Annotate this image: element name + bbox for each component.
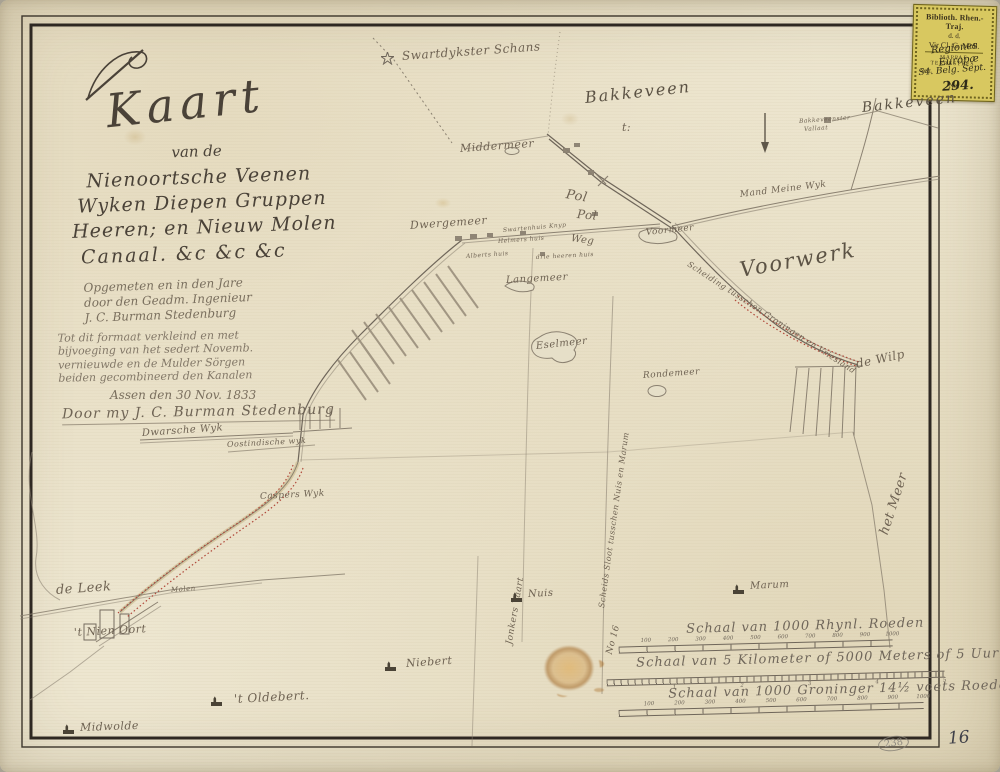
- date-line: Assen den 30 Nov. 1833: [110, 388, 256, 402]
- map-label: Pol: [565, 188, 589, 205]
- scale-tick-label: 200: [668, 637, 679, 643]
- map-subtitle: van de: [171, 137, 360, 162]
- fort-star-icon: [381, 52, 394, 65]
- scale-tick-label: 1000: [916, 694, 930, 700]
- scale-tick-label: 400: [723, 636, 734, 642]
- church-icon: [62, 724, 75, 735]
- scale-tick-label: 800: [857, 695, 868, 701]
- page-number: 16: [947, 727, 970, 748]
- ponds: [505, 148, 677, 397]
- library-stamp: Biblioth. Rhen.-Traj. d. d. Vir Cl. G. M…: [911, 4, 997, 102]
- map-label: Pol: [576, 208, 597, 222]
- map-label: Niebert: [406, 655, 453, 669]
- scale-tick-label: 800: [832, 633, 843, 639]
- church-icon: [732, 584, 745, 595]
- church-icon: [384, 661, 397, 672]
- scale-tick-label: 400: [735, 699, 746, 705]
- map-label: Midwolde: [80, 720, 139, 733]
- map-label: 't Oldebert.: [234, 689, 310, 705]
- title-block: Kaart van de Nienoortsche Veenen Wyken D…: [57, 67, 364, 269]
- map-label: t:: [622, 122, 631, 133]
- map-label: de Leek: [56, 580, 112, 597]
- north-arrow-icon: [758, 112, 772, 154]
- note-block: Tot dit formaat verkleind en met bijvoeg…: [58, 328, 254, 385]
- map-label: Marum: [750, 580, 790, 592]
- scale-tick-label: 700: [805, 633, 816, 639]
- scale-tick-label: 100: [641, 638, 652, 644]
- scale-tick-label: 700: [827, 696, 838, 702]
- map-label: 't Nien Oort: [74, 623, 147, 638]
- church-icon: [210, 696, 223, 707]
- scale-tick-label: 500: [750, 635, 761, 641]
- scale-tick-label: 200: [674, 700, 685, 706]
- attribution-block: Opgemeten en in den Jare door den Geadm.…: [83, 275, 252, 326]
- stamp-line: Biblioth. Rhen.-Traj.: [920, 12, 990, 32]
- church-icon: [510, 592, 523, 603]
- scale-tick-label: 1000: [885, 631, 899, 637]
- map-label: Nuis: [528, 589, 554, 600]
- scale-tick-label: 300: [705, 699, 716, 705]
- scale-tick-label: 900: [888, 695, 899, 701]
- scale-tick-label: 300: [695, 636, 706, 642]
- scale-tick-label: 100: [644, 701, 655, 707]
- map-sheet: Kaart van de Nienoortsche Veenen Wyken D…: [0, 0, 1000, 772]
- scale-tick-label: 600: [796, 697, 807, 703]
- scale-tick-label: 600: [777, 634, 788, 640]
- scale-tick-label: 500: [766, 698, 777, 704]
- scale-tick-label: 900: [860, 632, 871, 638]
